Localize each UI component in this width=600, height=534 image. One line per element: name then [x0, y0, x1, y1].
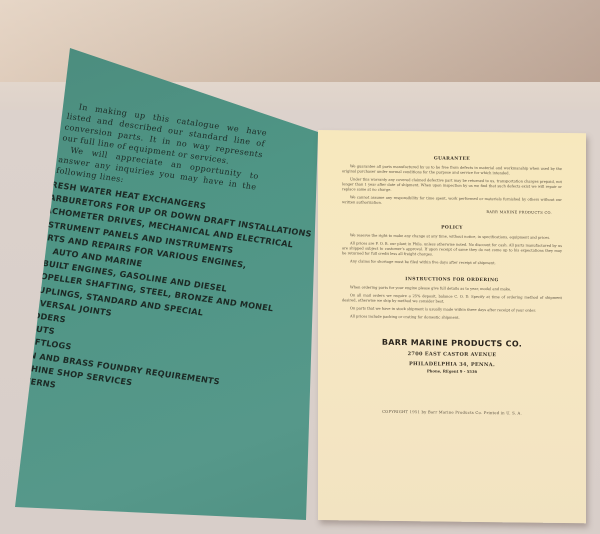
product-lines-list: FRESH WATER HEAT EXCHANGERSCARBURETORS F… — [6, 178, 302, 422]
paragraph: All prices include packing or crating fo… — [342, 314, 562, 322]
paragraph: On all mail orders we require a 25% depo… — [342, 293, 562, 306]
right-page: GUARANTEE We guarantee all parts manufac… — [318, 130, 586, 523]
paragraph: We cannot assume any responsibility for … — [342, 195, 562, 208]
guarantee-signature: BARR MARINE PRODUCTS CO. — [342, 208, 552, 215]
policy-title: POLICY — [342, 224, 562, 232]
paragraph: We reserve the right to make any change … — [342, 233, 562, 241]
paragraph: Any claims for shortage must be filed wi… — [342, 259, 562, 267]
guarantee-title: GUARANTEE — [342, 155, 562, 163]
paragraph: All prices are F. O. B. our plant in Phi… — [342, 241, 562, 259]
paragraph: When ordering parts for your engine plea… — [342, 285, 562, 293]
paragraph: Under this warranty any covered claimed … — [342, 177, 562, 195]
company-name: BARR MARINE PRODUCTS CO. — [342, 337, 562, 349]
ordering-title: INSTRUCTIONS FOR ORDERING — [342, 276, 562, 284]
right-page-content: GUARANTEE We guarantee all parts manufac… — [342, 155, 562, 416]
policy-paragraphs: We reserve the right to make any change … — [342, 233, 562, 267]
guarantee-paragraphs: We guarantee all parts manufactured by u… — [342, 164, 562, 208]
ordering-section: INSTRUCTIONS FOR ORDERING When ordering … — [342, 276, 562, 322]
company-block: BARR MARINE PRODUCTS CO. 2700 EAST CASTO… — [342, 337, 562, 375]
company-address: 2700 EAST CASTOR AVENUE — [342, 350, 562, 359]
policy-section: POLICY We reserve the right to make any … — [342, 224, 562, 267]
guarantee-section: GUARANTEE We guarantee all parts manufac… — [342, 155, 562, 215]
paragraph: On parts that we have in stock shipment … — [342, 306, 562, 314]
paragraph: We guarantee all parts manufactured by u… — [342, 164, 562, 177]
left-page-content: In making up this catalogue we have list… — [14, 100, 317, 421]
ordering-paragraphs: When ordering parts for your engine plea… — [342, 285, 562, 322]
copyright-line: COPYRIGHT 1951 by Barr Marine Products C… — [342, 408, 562, 416]
